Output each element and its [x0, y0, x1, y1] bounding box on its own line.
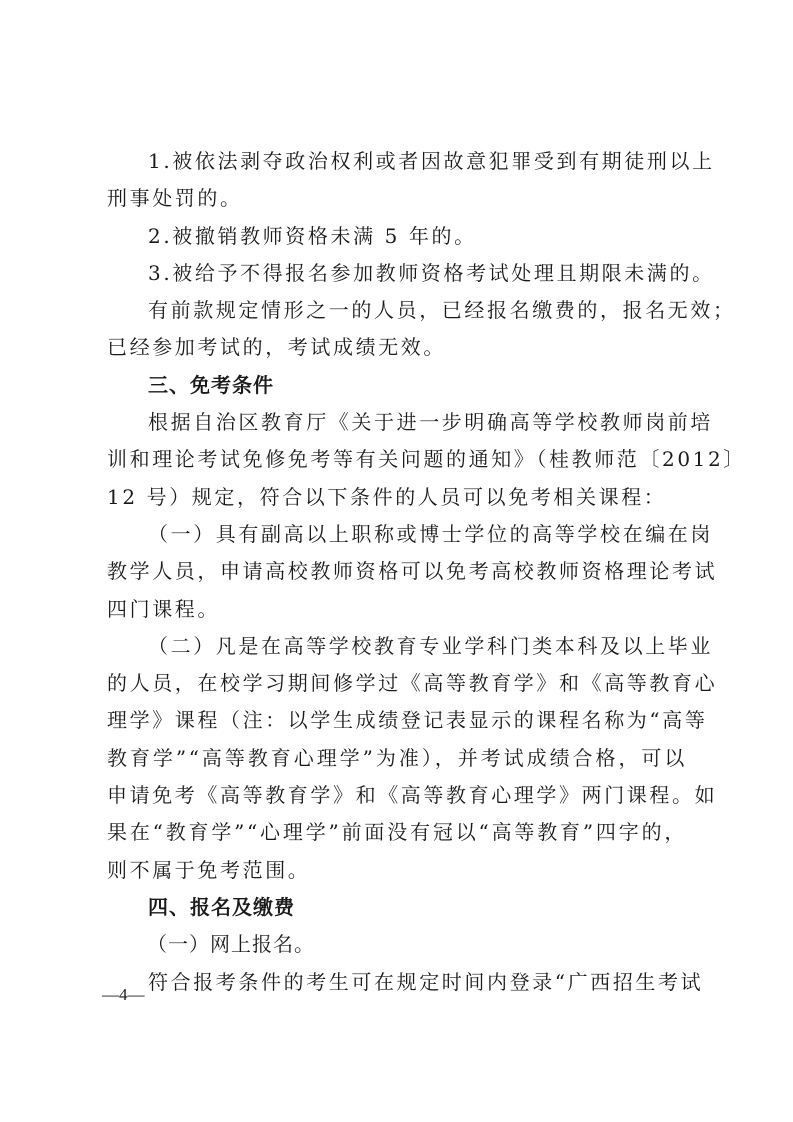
- exemption-item-2-line-6: 果在“教育学”“心理学”前面没有冠以“高等教育”四字的，: [107, 814, 687, 851]
- page-number: —4—: [102, 985, 145, 1005]
- exemption-item-1-line-2: 教学人员，申请高校教师资格可以免考高校教师资格理论考试: [107, 553, 687, 590]
- clause-2: 2.被撤销教师资格未满 5 年的。: [107, 218, 687, 255]
- clause-1-line-1: 1.被依法剥夺政治权利或者因故意犯罪受到有期徒刑以上: [107, 143, 687, 180]
- exemption-item-2-line-1: （二）凡是在高等学校教育专业学科门类本科及以上毕业: [107, 628, 687, 665]
- section-heading-exemption: 三、免考条件: [107, 367, 687, 404]
- document-body: 1.被依法剥夺政治权利或者因故意犯罪受到有期徒刑以上 刑事处罚的。 2.被撤销教…: [107, 143, 687, 1001]
- exemption-item-2-line-2: 的人员，在校学习期间修学过《高等教育学》和《高等教育心: [107, 665, 687, 702]
- document-page: 1.被依法剥夺政治权利或者因故意犯罪受到有期徒刑以上 刑事处罚的。 2.被撤销教…: [0, 0, 793, 1122]
- exemption-basis-line-2: 训和理论考试免修免考等有关问题的通知》（桂教师范〔2012〕: [107, 441, 687, 478]
- exemption-item-2-line-3: 理学》课程（注：以学生成绩登记表显示的课程名称为“高等: [107, 702, 687, 739]
- exemption-basis-line-1: 根据自治区教育厅《关于进一步明确高等学校教师岗前培: [107, 404, 687, 441]
- exemption-item-2-line-4: 教育学”“高等教育心理学”为准），并考试成绩合格，可以: [107, 740, 687, 777]
- invalidity-note-line-2: 已经参加考试的，考试成绩无效。: [107, 329, 687, 366]
- exemption-item-1-line-3: 四门课程。: [107, 591, 687, 628]
- invalidity-note-line-1: 有前款规定情形之一的人员，已经报名缴费的，报名无效；: [107, 292, 687, 329]
- section-heading-registration: 四、报名及缴费: [107, 889, 687, 926]
- clause-1-line-2: 刑事处罚的。: [107, 180, 687, 217]
- subheading-online-registration: （一）网上报名。: [107, 926, 687, 963]
- clause-3: 3.被给予不得报名参加教师资格考试处理且期限未满的。: [107, 255, 687, 292]
- exemption-item-2-line-7: 则不属于免考范围。: [107, 852, 687, 889]
- online-registration-line-1: 符合报考条件的考生可在规定时间内登录“广西招生考试: [107, 964, 687, 1001]
- exemption-item-2-line-5: 申请免考《高等教育学》和《高等教育心理学》两门课程。如: [107, 777, 687, 814]
- exemption-item-1-line-1: （一）具有副高以上职称或博士学位的高等学校在编在岗: [107, 516, 687, 553]
- exemption-basis-line-3: 12 号）规定，符合以下条件的人员可以免考相关课程：: [107, 479, 687, 516]
